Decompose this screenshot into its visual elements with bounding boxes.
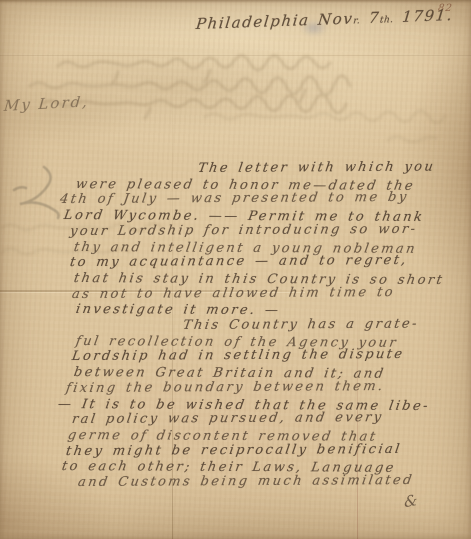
paper-vignette	[0, 0, 471, 539]
manuscript-letter-scan: 82 Philadelphia Novr. 7th. 1791. My Lord…	[0, 0, 471, 539]
